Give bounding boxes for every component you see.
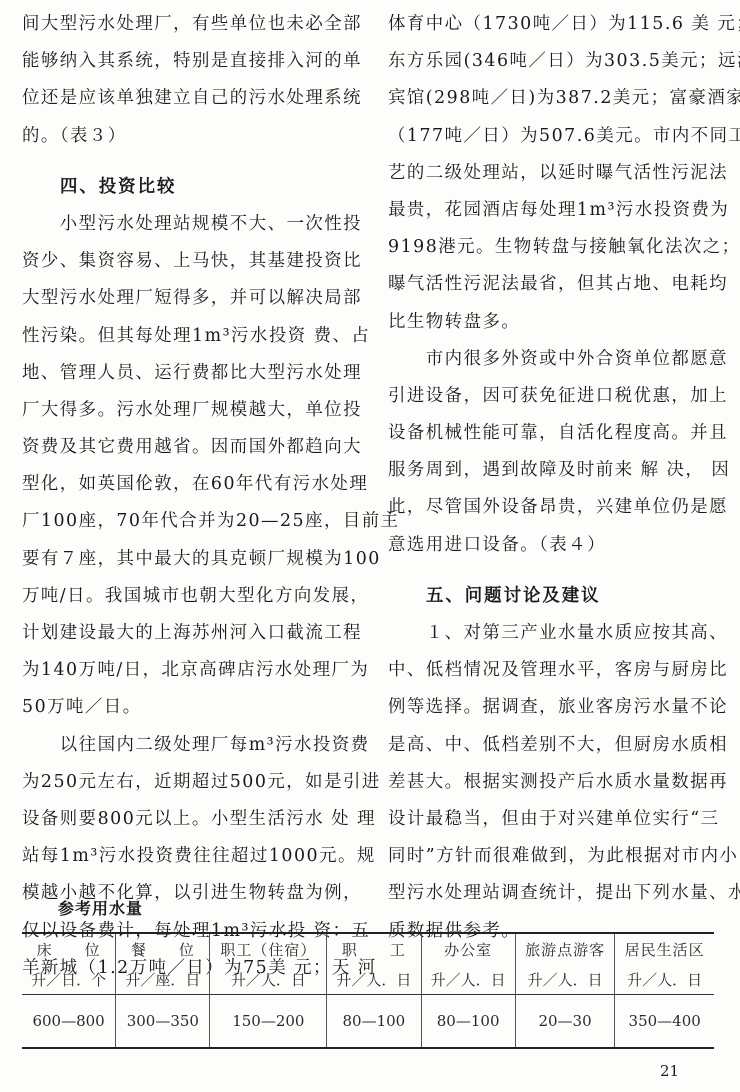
text-line: １、对第三产业水量水质应按其高、 [388,615,684,652]
text-line: 资少、集资容易、上马快，其基建投资比 [22,243,318,280]
value-cell: 150—200 [210,995,327,1049]
value-cell: 350—400 [615,995,714,1049]
text-line: 此，尽管国外设备昂贵，兴建单位仍是愿 [388,489,684,526]
text-line: 市内很多外资或中外合资单位都愿意 [388,341,684,378]
column-header: 旅游点游客 [515,933,615,964]
column-header: 居民生活区 [615,933,714,964]
text-line: 厂100座，70年代合并为20—25座，目前主 [22,503,318,540]
text-line: 资费及其它费用越省。因而国外都趋向大 [22,429,318,466]
text-line: 引进设备，因可获免征进口税优惠，加上 [388,378,684,415]
text-line: 性污染。但其每处理1m³污水投资 费、占 [22,318,318,355]
text-line: 型化，如英国伦敦，在60年代有污水处理 [22,466,318,503]
unit-cell: 升／座．日 [116,964,210,995]
value-cell: 300—350 [116,995,210,1049]
text-line: 设计最稳当，但由于对兴建单位实行“三 [388,801,684,838]
section-heading-discussion: 五、问题讨论及建议 [388,578,684,615]
text-line: 站每1m³污水投资费往往超过1000元。规 [22,838,318,875]
text-line: 能够纳入其系统，特别是直接排入河的单 [22,43,318,80]
text-line: 是高、中、低档差别不大，但厨房水质相 [388,727,684,764]
unit-cell: 升／人．日 [615,964,714,995]
text-line: 设备则要800元以上。小型生活污水 处 理 [22,801,318,838]
table-header-row: 床 位 餐 位 职工（住宿） 职 工 办公室 旅游点游客 居民生活区 [22,933,714,964]
text-line: 意选用进口设备。（表４） [388,527,684,564]
text-line: 大型污水处理厂短得多，并可以解决局部 [22,280,318,317]
right-column: 体育中心（1730吨／日）为115.6 美 元； 东方乐园(346吨／日）为30… [388,6,684,950]
column-header: 职 工 [327,933,421,964]
text-line: 曝气活性污泥法最省，但其占地、电耗均 [388,266,684,303]
text-line: 设备机械性能可靠，自活化程度高。并且 [388,415,684,452]
unit-cell: 升／人．日 [327,964,421,995]
text-line: 要有７座，其中最大的具克顿厂规模为100 [22,541,318,578]
text-line: 同时”方针而很难做到，为此根据对市内小 [388,838,684,875]
table-title: 参考用水量 [58,896,143,919]
value-cell: 20—30 [515,995,615,1049]
text-line: （177吨／日）为507.6美元。市内不同工 [388,118,684,155]
column-header: 办公室 [421,933,515,964]
text-line: 体育中心（1730吨／日）为115.6 美 元； [388,6,684,43]
text-line: 比生物转盘多。 [388,304,684,341]
table-unit-row: 升／日．个 升／座．日 升／人．日 升／人．日 升／人．日 升／人．日 升／人．… [22,964,714,995]
reference-water-usage-table: 床 位 餐 位 职工（住宿） 职 工 办公室 旅游点游客 居民生活区 升／日．个… [22,932,714,1049]
text-line: 差甚大。根据实测投产后水质水量数据再 [388,764,684,801]
value-cell: 80—100 [421,995,515,1049]
value-cell: 80—100 [327,995,421,1049]
text-line: 宾馆(298吨／日)为387.2美元；富豪酒家 [388,80,684,117]
text-line: 间大型污水处理厂，有些单位也未必全部 [22,6,318,43]
text-line: 最贵，花园酒店每处理1m³污水投资费为 [388,192,684,229]
text-line: 的。（表３） [22,118,318,155]
unit-cell: 升／人．日 [210,964,327,995]
unit-cell: 升／人．日 [515,964,615,995]
text-line: 服务周到，遇到故障及时前来 解 决， 因 [388,452,684,489]
text-line: 为250元左右，近期超过500元，如是引进 [22,764,318,801]
unit-cell: 升／日．个 [22,964,116,995]
column-header: 床 位 [22,933,116,964]
text-line: 位还是应该单独建立自己的污水处理系统 [22,80,318,117]
text-line: 为140万吨/日，北京高碑店污水处理厂为 [22,652,318,689]
text-line: 小型污水处理站规模不大、一次性投 [22,206,318,243]
text-line: 型污水处理站调查统计，提出下列水量、水 [388,875,684,912]
page-number: 21 [660,1062,679,1080]
text-line: 东方乐园(346吨／日）为303.5美元；远洋 [388,43,684,80]
text-line: 50万吨／日。 [22,689,318,726]
text-line: 中、低档情况及管理水平，客房与厨房比 [388,652,684,689]
text-line: 9198港元。生物转盘与接触氧化法次之； [388,229,684,266]
section-heading-investment: 四、投资比较 [22,169,318,206]
text-line: 万吨/日。我国城市也朝大型化方向发展， [22,578,318,615]
text-line: 艺的二级处理站，以延时曝气活性污泥法 [388,155,684,192]
text-line: 厂大得多。污水处理厂规模越大，单位投 [22,392,318,429]
table-row: 600—800 300—350 150—200 80—100 80—100 20… [22,995,714,1049]
unit-cell: 升／人．日 [421,964,515,995]
text-line: 例等选择。据调查，旅业客房污水量不论 [388,689,684,726]
left-column: 间大型污水处理厂，有些单位也未必全部 能够纳入其系统，特别是直接排入河的单 位还… [22,6,318,987]
text-line: 以往国内二级处理厂每m³污水投资费 [22,727,318,764]
value-cell: 600—800 [22,995,116,1049]
column-header: 餐 位 [116,933,210,964]
column-header: 职工（住宿） [210,933,327,964]
text-line: 计划建设最大的上海苏州河入口截流工程 [22,615,318,652]
text-line: 地、管理人员、运行费都比大型污水处理 [22,355,318,392]
